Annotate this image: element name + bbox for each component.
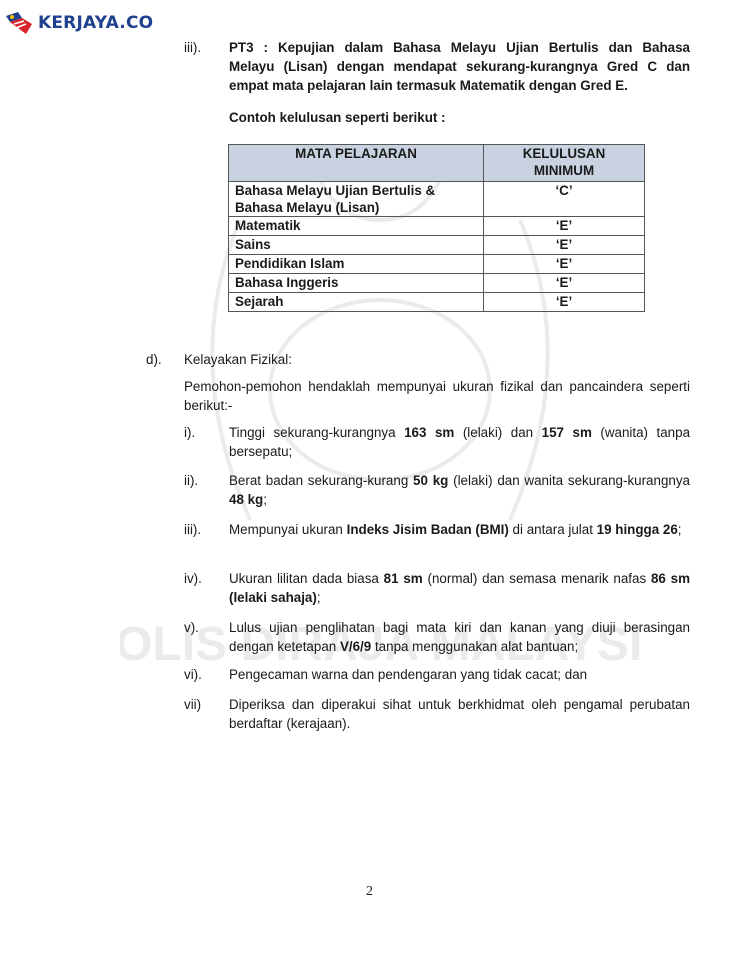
section-iii-line: empat mata pelajaran lain termasuk Matem…	[229, 76, 690, 95]
table-row: Bahasa Inggeris‘E’	[229, 274, 645, 293]
section-iii-text: PT3 : Kepujian dalam Bahasa Melayu Ujian…	[229, 38, 690, 95]
table-row: Pendidikan Islam‘E’	[229, 255, 645, 274]
grade-cell: ‘E’	[484, 236, 645, 255]
item-text: Mempunyai ukuran Indeks Jisim Badan (BMI…	[229, 520, 690, 539]
page-number: 2	[366, 884, 373, 900]
kerjaya-logo[interactable]: KERJAYA.CO	[4, 10, 153, 36]
item-text: Berat badan sekurang-kurang 50 kg (lelak…	[229, 471, 690, 509]
table-row: Bahasa Melayu Ujian Bertulis & Bahasa Me…	[229, 182, 645, 217]
grade-cell: ‘E’	[484, 217, 645, 236]
grade-cell: ‘E’	[484, 293, 645, 312]
item-text: Lulus ujian penglihatan bagi mata kiri d…	[229, 618, 690, 656]
subject-cell: Pendidikan Islam	[229, 255, 484, 274]
section-d-title: Kelayakan Fizikal:	[184, 350, 292, 369]
item-marker: v).	[184, 618, 199, 637]
subject-cell: Sains	[229, 236, 484, 255]
subject-cell: Sejarah	[229, 293, 484, 312]
section-d-marker: d).	[146, 350, 162, 369]
subject-cell: Matematik	[229, 217, 484, 236]
table-row: Sains‘E’	[229, 236, 645, 255]
header-min-pass-label: KELULUSAN MINIMUM	[509, 145, 619, 179]
table-row: Sejarah‘E’	[229, 293, 645, 312]
item-marker: vii)	[184, 695, 201, 714]
item-marker: iii).	[184, 520, 201, 539]
item-text: Diperiksa dan diperakui sihat untuk berk…	[229, 695, 690, 733]
subject-cell: Bahasa Inggeris	[229, 274, 484, 293]
item-marker: ii).	[184, 471, 198, 490]
header-subject: MATA PELAJARAN	[229, 145, 484, 182]
item-marker: iv).	[184, 569, 202, 588]
grade-cell: ‘C’	[484, 182, 645, 217]
item-text: Ukuran lilitan dada biasa 81 sm (normal)…	[229, 569, 690, 607]
grade-cell: ‘E’	[484, 274, 645, 293]
item-text: Pengecaman warna dan pendengaran yang ti…	[229, 665, 690, 684]
section-d-intro: Pemohon-pemohon hendaklah mempunyai ukur…	[184, 377, 690, 415]
section-iii-marker: iii).	[184, 38, 201, 57]
item-marker: i).	[184, 423, 195, 442]
grade-cell: ‘E’	[484, 255, 645, 274]
subject-cell: Bahasa Melayu Ujian Bertulis & Bahasa Me…	[229, 182, 484, 217]
section-iii-line: PT3 : Kepujian dalam Bahasa Melayu Ujian…	[229, 38, 690, 57]
item-marker: vi).	[184, 665, 202, 684]
section-iii-line: Melayu (Lisan) dengan mendapat sekurang-…	[229, 57, 690, 76]
minimum-pass-table: MATA PELAJARAN KELULUSAN MINIMUM Bahasa …	[228, 144, 645, 312]
header-min-pass: KELULUSAN MINIMUM	[484, 145, 645, 182]
item-text: Tinggi sekurang-kurangnya 163 sm (lelaki…	[229, 423, 690, 461]
logo-text: KERJAYA.CO	[38, 13, 153, 33]
example-label: Contoh kelulusan seperti berikut :	[229, 108, 446, 127]
malaysia-flag-hands-icon	[4, 10, 34, 36]
table-row: Matematik‘E’	[229, 217, 645, 236]
